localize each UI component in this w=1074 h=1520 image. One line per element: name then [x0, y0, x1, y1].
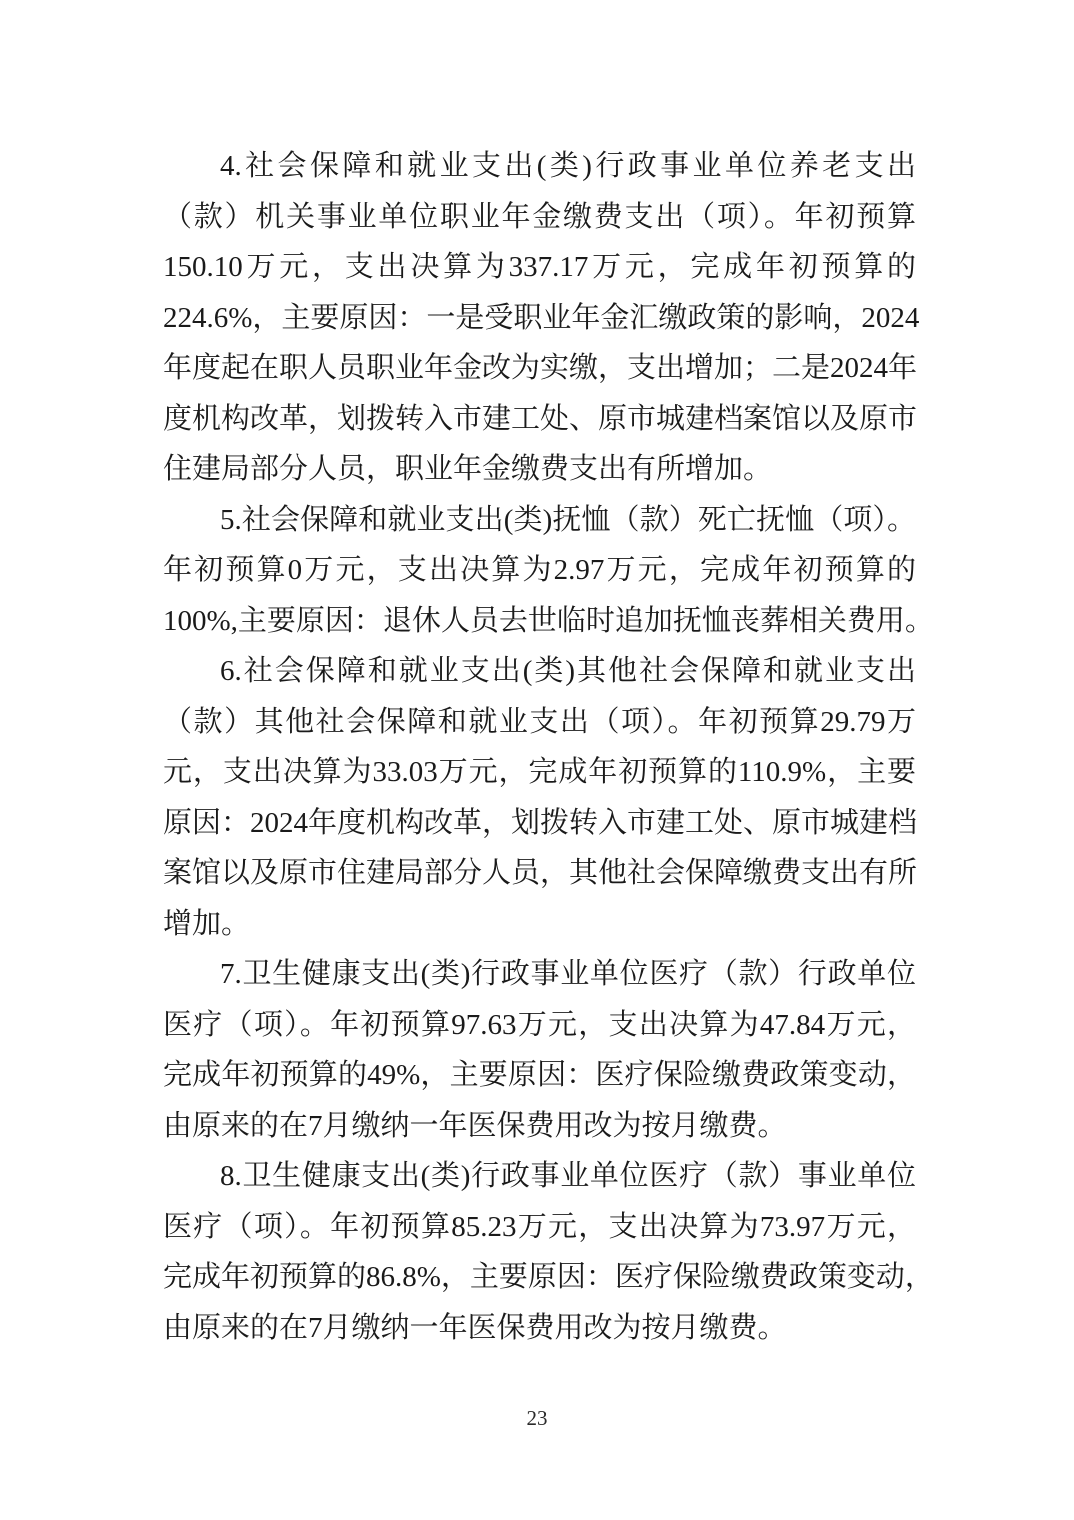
page-number: 23: [0, 1405, 1074, 1431]
text-line: 度机构改革，划拨转入市建工处、原市城建档案馆以及原市: [163, 394, 916, 445]
text-line: （款）其他社会保障和就业支出（项）。年初预算29.79万: [163, 697, 916, 748]
text-line: 100%,主要原因：退休人员去世临时追加抚恤丧葬相关费用。: [163, 596, 916, 647]
text-line: 150.10万元，支出决算为337.17万元，完成年初预算的: [163, 242, 916, 293]
text-line: 增加。: [163, 899, 916, 950]
text-line: 由原来的在7月缴纳一年医保费用改为按月缴费。: [163, 1101, 916, 1152]
text-line: 住建局部分人员，职业年金缴费支出有所增加。: [163, 444, 916, 495]
text-line: 5.社会保障和就业支出(类)抚恤（款）死亡抚恤（项）。: [163, 495, 916, 546]
text-line: 4.社会保障和就业支出(类)行政事业单位养老支出: [163, 141, 916, 192]
text-line: 6.社会保障和就业支出(类)其他社会保障和就业支出: [163, 646, 916, 697]
text-line: 元，支出决算为33.03万元，完成年初预算的110.9%，主要: [163, 747, 916, 798]
text-line: 年度起在职人员职业年金改为实缴，支出增加；二是2024年: [163, 343, 916, 394]
text-line: 案馆以及原市住建局部分人员，其他社会保障缴费支出有所: [163, 848, 916, 899]
text-line: 由原来的在7月缴纳一年医保费用改为按月缴费。: [163, 1303, 916, 1354]
text-line: 完成年初预算的86.8%，主要原因：医疗保险缴费政策变动，: [163, 1252, 916, 1303]
text-line: 完成年初预算的49%，主要原因：医疗保险缴费政策变动，: [163, 1050, 916, 1101]
document-page: 4.社会保障和就业支出(类)行政事业单位养老支出（款）机关事业单位职业年金缴费支…: [0, 0, 1074, 1520]
text-line: 年初预算0万元，支出决算为2.97万元，完成年初预算的: [163, 545, 916, 596]
text-line: 7.卫生健康支出(类)行政事业单位医疗（款）行政单位: [163, 949, 916, 1000]
text-line: 医疗（项）。年初预算97.63万元，支出决算为47.84万元，: [163, 1000, 916, 1051]
text-line: 医疗（项）。年初预算85.23万元，支出决算为73.97万元，: [163, 1202, 916, 1253]
text-line: 8.卫生健康支出(类)行政事业单位医疗（款）事业单位: [163, 1151, 916, 1202]
text-line: 224.6%，主要原因：一是受职业年金汇缴政策的影响，2024: [163, 293, 916, 344]
text-line: （款）机关事业单位职业年金缴费支出（项）。年初预算: [163, 192, 916, 243]
text-line: 原因：2024年度机构改革，划拨转入市建工处、原市城建档: [163, 798, 916, 849]
body-text: 4.社会保障和就业支出(类)行政事业单位养老支出（款）机关事业单位职业年金缴费支…: [163, 141, 916, 1353]
